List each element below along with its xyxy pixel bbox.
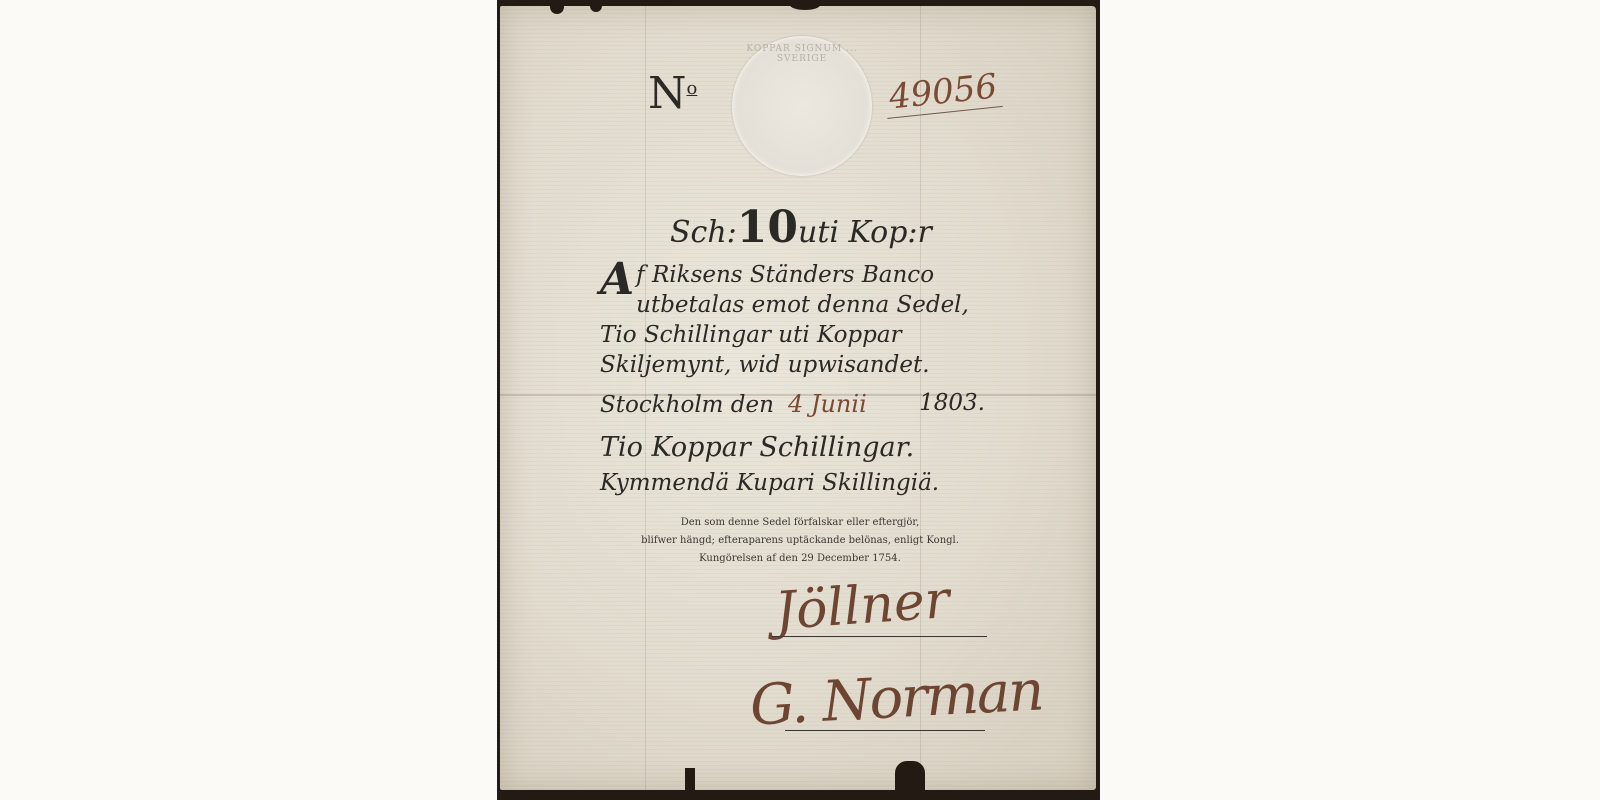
date-place: Stockholm den: [600, 392, 774, 418]
tear-mark: [550, 0, 564, 14]
warning-line: blifwer hängd; efteraparens uptäckande b…: [640, 532, 960, 550]
signature-line-2: [785, 730, 985, 731]
signature-1: Jöllner: [773, 570, 951, 642]
value-finnish: Kymmendä Kupari Skillingiä.: [600, 470, 939, 496]
tear-mark: [895, 761, 925, 791]
banknote-paper: No KOPPAR SIGNUM ... SVERIGE 49056 Sch:1…: [500, 6, 1096, 790]
embossed-seal-icon: KOPPAR SIGNUM ... SVERIGE: [732, 36, 872, 176]
warning-line: Kungörelsen af den 29 December 1754.: [640, 550, 960, 568]
heading-amount: 10: [737, 202, 798, 253]
signature-2: G. Norman: [748, 658, 1043, 738]
tear-mark: [790, 0, 820, 10]
heading-prefix: Sch:: [670, 215, 737, 250]
denomination-heading: Sch:10uti Kop:r: [670, 202, 932, 253]
seal-text: KOPPAR SIGNUM ... SVERIGE: [732, 44, 872, 64]
promise-text: Af Riksens Ständers Banco utbetalas emot…: [600, 260, 1000, 380]
number-label-letter: N: [648, 68, 687, 119]
banknote-photo: No KOPPAR SIGNUM ... SVERIGE 49056 Sch:1…: [497, 0, 1100, 800]
date-line: Stockholm den4 Junii1803.: [600, 390, 985, 418]
dropcap-letter: A: [600, 260, 634, 300]
promise-body: f Riksens Ständers Banco utbetalas emot …: [600, 262, 969, 378]
value-swedish: Tio Koppar Schillingar.: [600, 432, 914, 463]
heading-suffix: uti Kop:r: [798, 215, 932, 250]
number-label: No: [648, 68, 697, 119]
date-year: 1803.: [919, 390, 985, 416]
number-label-suffix: o: [687, 78, 698, 99]
serial-number: 49056: [883, 66, 1003, 119]
counterfeit-warning: Den som denne Sedel förfalskar eller eft…: [640, 514, 960, 568]
handwritten-date: 4 Junii: [788, 390, 867, 418]
signature-line-1: [772, 636, 987, 637]
tear-mark: [685, 768, 695, 798]
tear-mark: [590, 0, 602, 12]
warning-line: Den som denne Sedel förfalskar eller eft…: [640, 514, 960, 532]
